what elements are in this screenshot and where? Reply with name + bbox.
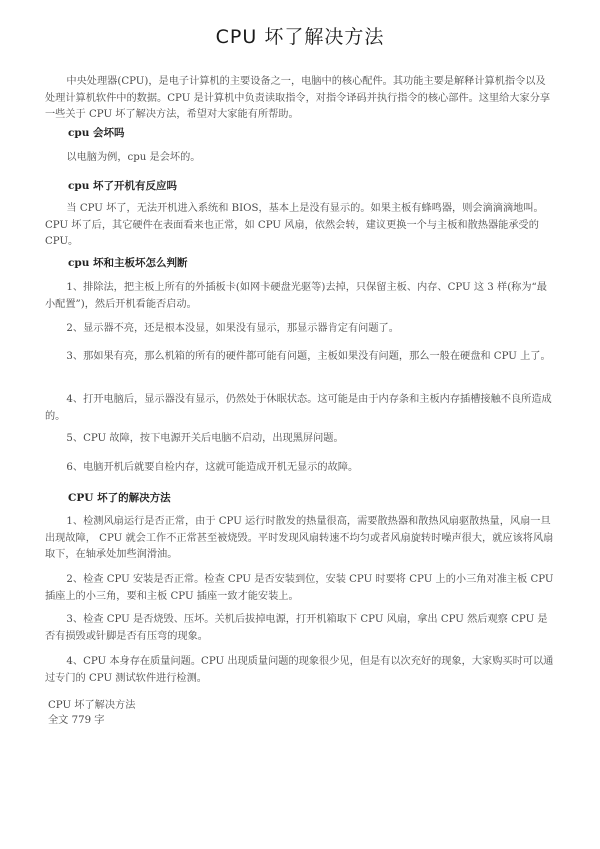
document-title: CPU 坏了解决方法 (0, 22, 600, 49)
paragraph: 以电脑为例，cpu 是会坏的。 (45, 150, 555, 167)
list-item: 5、CPU 故障，按下电源开关后电脑不启动，出现黑屏问题。 (45, 431, 555, 448)
list-item: 4、打开电脑后，显示器没有显示，仍然处于休眠状态。这可能是由于内存条和主板内存插… (45, 392, 555, 425)
section-heading: cpu 坏和主板坏怎么判断 (68, 255, 188, 270)
intro-paragraph: 中央处理器(CPU)，是电子计算机的主要设备之一，电脑中的核心配件。其功能主要是… (45, 74, 555, 124)
section-heading: cpu 会坏吗 (68, 125, 125, 140)
list-item: 2、检查 CPU 安装是否正常。检查 CPU 是否安装到位，安装 CPU 时要将… (45, 572, 555, 605)
list-item: 6、电脑开机后就要自检内存，这就可能造成开机无显示的故障。 (45, 460, 555, 477)
footer-doc-name: CPU 坏了解决方法 (48, 699, 135, 713)
paragraph: 当 CPU 坏了，无法开机进入系统和 BIOS，基本上是没有显示的。如果主板有蜂… (45, 201, 555, 251)
list-item: 3、那如果有亮，那么机箱的所有的硬件都可能有问题，主板如果没有问题，那么一般在硬… (45, 349, 555, 366)
footer-word-count: 全文 779 字 (48, 714, 104, 728)
document-page: CPU 坏了解决方法 中央处理器(CPU)，是电子计算机的主要设备之一，电脑中的… (0, 0, 600, 849)
section-heading: CPU 坏了的解决方法 (68, 490, 171, 505)
list-item: 3、检查 CPU 是否烧毁、压坏。关机后拔掉电源，打开机箱取下 CPU 风扇，拿… (45, 612, 555, 645)
list-item: 2、显示器不亮，还是根本没显，如果没有显示，那显示器肯定有问题了。 (45, 321, 555, 338)
list-item: 1、检测风扇运行是否正常，由于 CPU 运行时散发的热量很高，需要散热器和散热风… (45, 514, 555, 564)
list-item: 1、排除法，把主板上所有的外插板卡(如网卡硬盘光驱等)去掉，只保留主板、内存、C… (45, 280, 555, 313)
section-heading: cpu 坏了开机有反应吗 (68, 178, 177, 193)
list-item: 4、CPU 本身存在质量问题。CPU 出现质量问题的现象很少见，但是有以次充好的… (45, 654, 555, 687)
